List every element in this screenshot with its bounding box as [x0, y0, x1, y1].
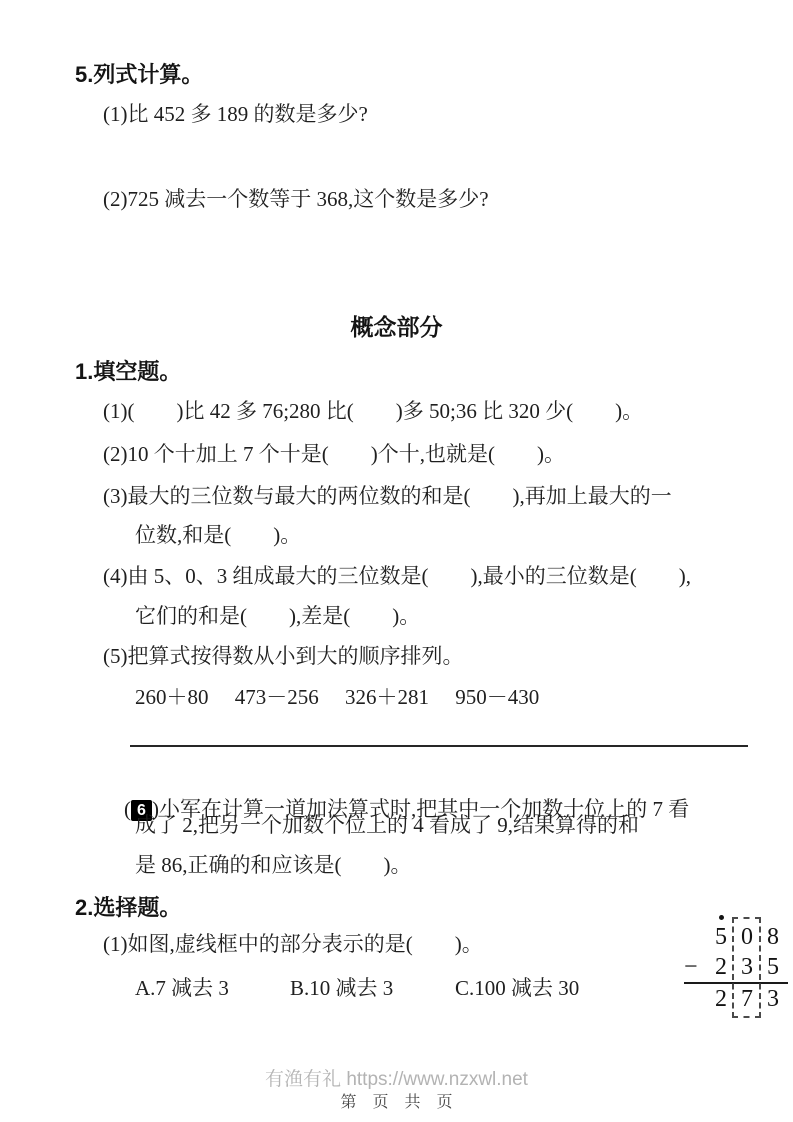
minuend-hundreds: 5: [708, 922, 734, 952]
dashed-highlight-box: [732, 917, 761, 1018]
minuend-ones: 8: [760, 922, 786, 952]
fill-q2: (2)10 个十加上 7 个十是( )个十,也就是( )。: [103, 441, 565, 467]
fill-q3-line2: 位数,和是( )。: [135, 522, 301, 548]
section5-question-2: (2)725 减去一个数等于 368,这个数是多少?: [103, 186, 489, 212]
concept-section-heading: 概念部分: [0, 309, 793, 342]
fill-q5: (5)把算式按得数从小到大的顺序排列。: [103, 643, 464, 669]
choice-option-b: B.10 减去 3: [290, 972, 393, 1002]
minus-sign: −: [684, 952, 708, 982]
section-divider-line: [130, 745, 748, 747]
choice-title: 2.选择题。: [75, 891, 181, 922]
fill-q6-line3: 是 86,正确的和应该是( )。: [135, 852, 412, 878]
fill-q1: (1)( )比 42 多 76;280 比( )多 50;36 比 320 少(…: [103, 398, 643, 424]
borrow-dot: [719, 915, 724, 920]
difference-ones: 3: [760, 984, 786, 1012]
watermark-url: 有渔有礼 https://www.nzxwl.net: [0, 1064, 793, 1091]
column-subtraction-figure: 5 0 8 − 2 3 5 2 7 3: [684, 922, 788, 1012]
sign-spacer: [684, 922, 708, 952]
fill-q4-line2: 它们的和是( ),差是( )。: [135, 603, 420, 629]
choice-option-c: C.100 减去 30: [455, 972, 579, 1002]
sign-spacer: [684, 984, 708, 1012]
page-number-label: 第 页 共 页: [0, 1089, 793, 1112]
section5-question-1: (1)比 452 多 189 的数是多少?: [103, 101, 368, 127]
subtrahend-ones: 5: [760, 952, 786, 982]
fill-q5-expressions: 260＋80 473－256 326＋281 950－430: [135, 684, 539, 710]
fill-q4-line1: (4)由 5、0、3 组成最大的三位数是( ),最小的三位数是( ),: [103, 563, 691, 589]
worksheet-page: 5.列式计算。 (1)比 452 多 189 的数是多少? (2)725 减去一…: [0, 0, 793, 1122]
fill-in-title: 1.填空题。: [75, 355, 181, 386]
choice-q1: (1)如图,虚线框中的部分表示的是( )。: [103, 931, 483, 957]
fill-q6-line2: 成了 2,把另一个加数个位上的 4 看成了 9,结果算得的和: [135, 812, 639, 838]
choice-option-a: A.7 减去 3: [135, 972, 229, 1002]
difference-hundreds: 2: [708, 984, 734, 1012]
choice-options-row: A.7 减去 3 B.10 减去 3 C.100 减去 30: [0, 972, 793, 1002]
q6-paren-open: (: [124, 797, 131, 821]
section5-title: 5.列式计算。: [75, 58, 203, 89]
subtrahend-hundreds: 2: [708, 952, 734, 982]
fill-q3-line1: (3)最大的三位数与最大的两位数的和是( ),再加上最大的一: [103, 483, 672, 509]
